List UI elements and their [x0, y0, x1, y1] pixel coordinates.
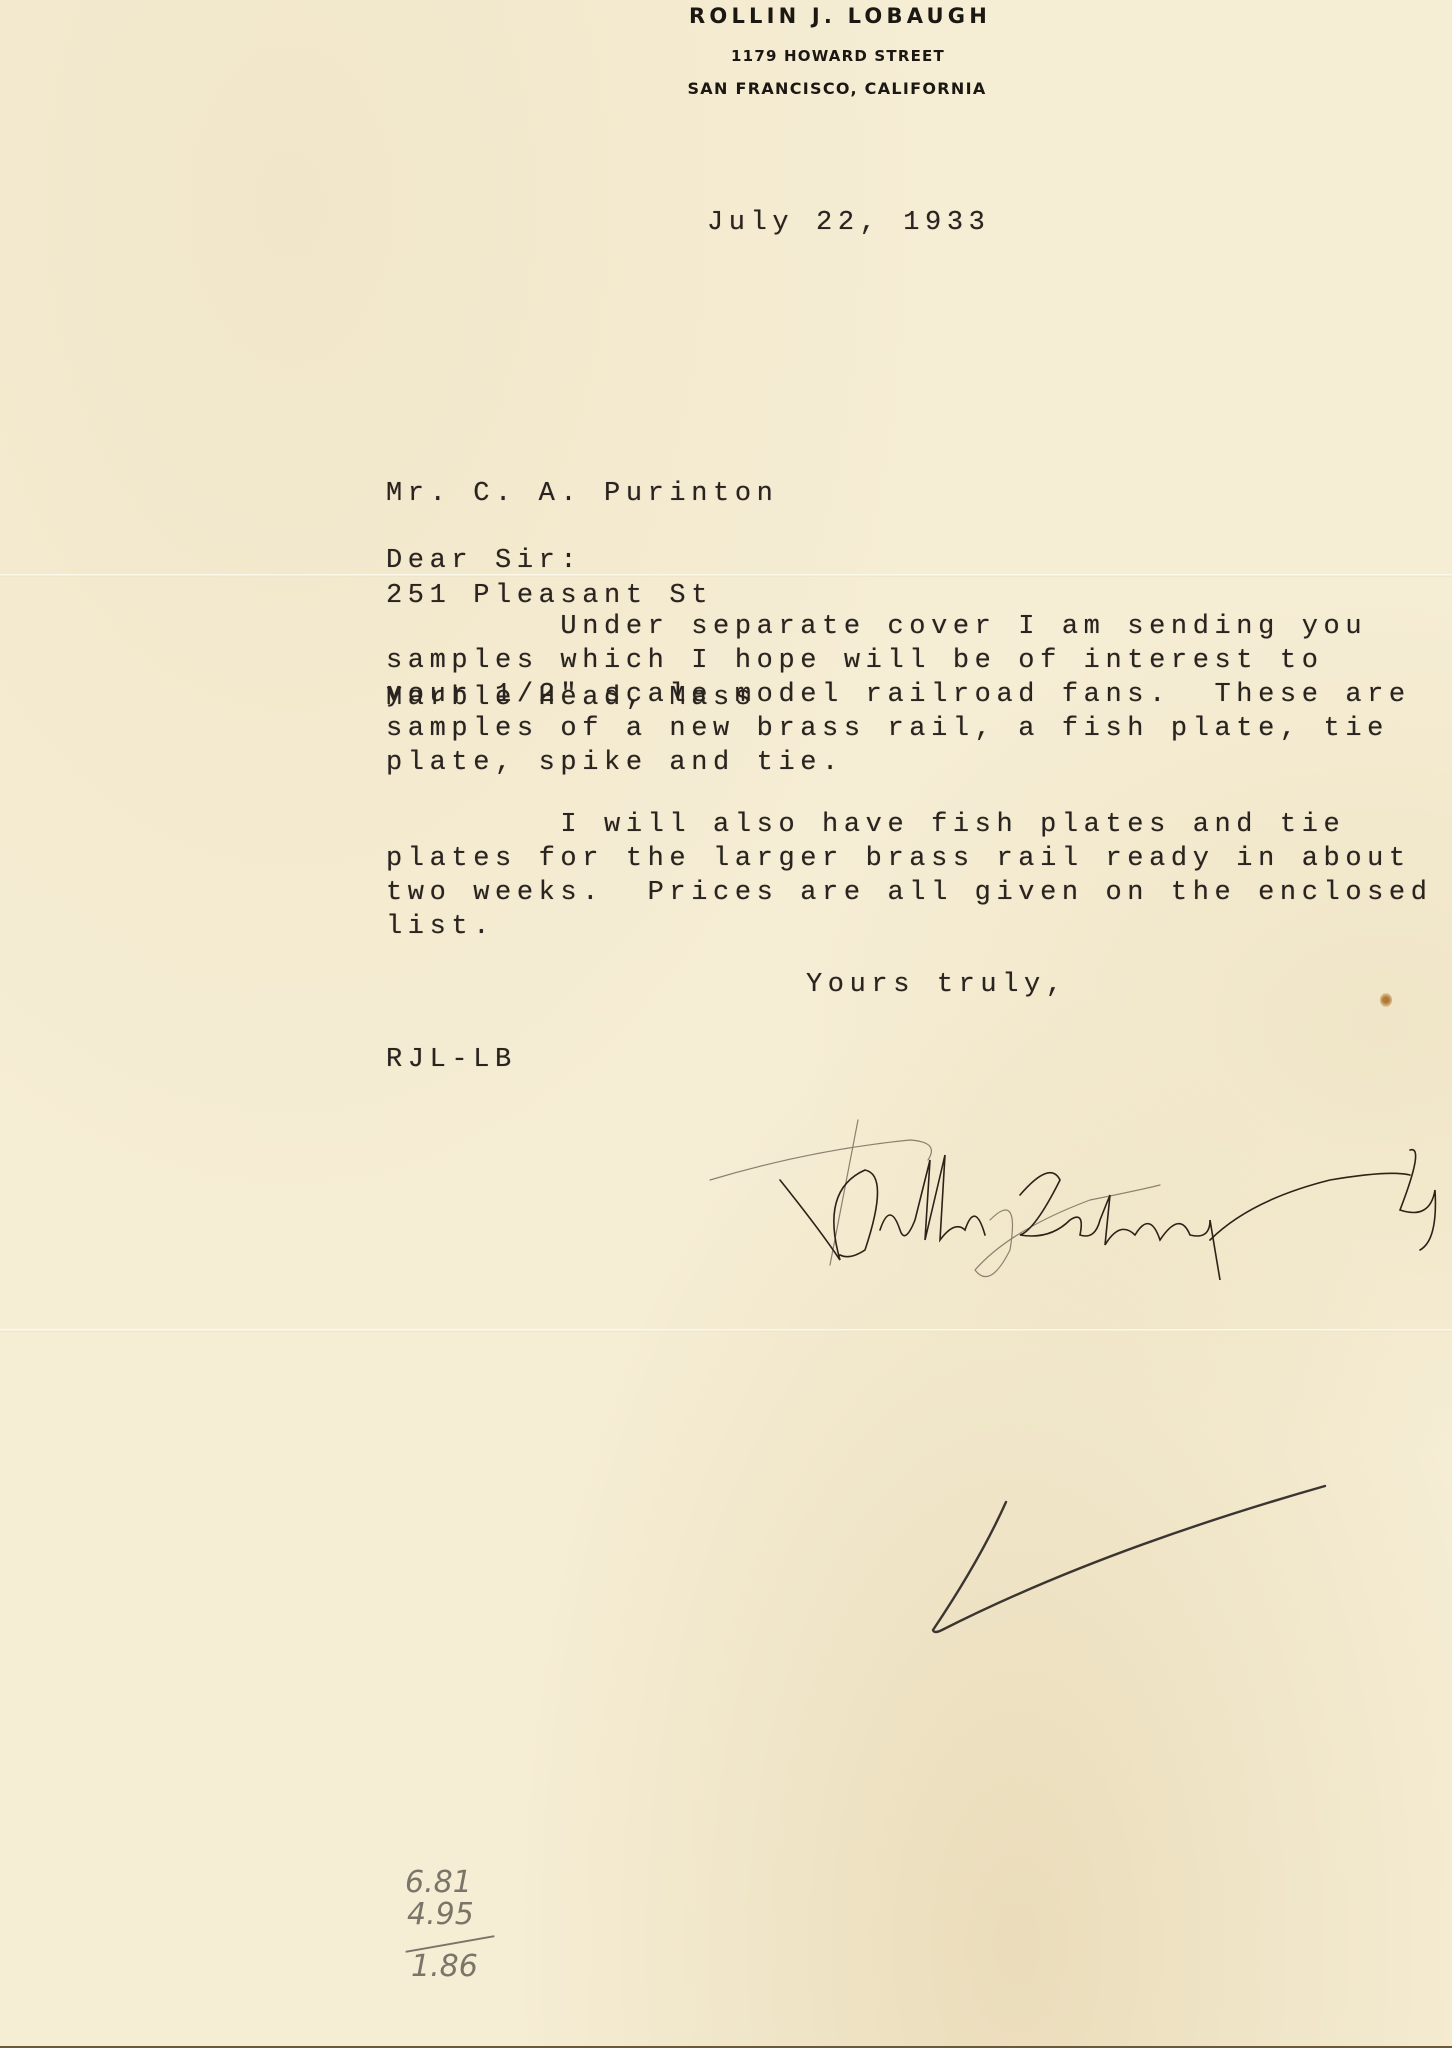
letter-paper: ROLLIN J. LOBAUGH 1179 HOWARD STREET SAN… [0, 0, 1452, 2048]
letterhead-street: 1179 HOWARD STREET [0, 47, 1452, 65]
letter-date: July 22, 1933 [707, 206, 990, 240]
handwritten-signature [690, 1100, 1450, 1280]
body-paragraph-2: I will also have fish plates and tie pla… [386, 808, 1433, 944]
letterhead-name: ROLLIN J. LOBAUGH [0, 4, 1452, 28]
closing: Yours truly, [806, 968, 1068, 1002]
recipient-name: Mr. C. A. Purinton [386, 477, 778, 511]
salutation: Dear Sir: [386, 544, 582, 578]
recipient-street: 251 Pleasant St [386, 579, 778, 613]
reference-initials: RJL-LB [386, 1043, 517, 1077]
paper-stain [1380, 993, 1392, 1007]
pencil-value-1: 6.81 [405, 1865, 472, 1900]
pencil-checkmark-icon [900, 1460, 1350, 1660]
letterhead-city: SAN FRANCISCO, CALIFORNIA [0, 79, 1452, 98]
pencil-result: 1.86 [411, 1949, 478, 1984]
pencil-arithmetic: 6.81 4.95 1.86 [395, 1865, 545, 1995]
pencil-value-2: 4.95 [407, 1897, 474, 1932]
fold-line-lower [0, 1329, 1452, 1332]
body-paragraph-1: Under separate cover I am sending you sa… [386, 610, 1411, 780]
